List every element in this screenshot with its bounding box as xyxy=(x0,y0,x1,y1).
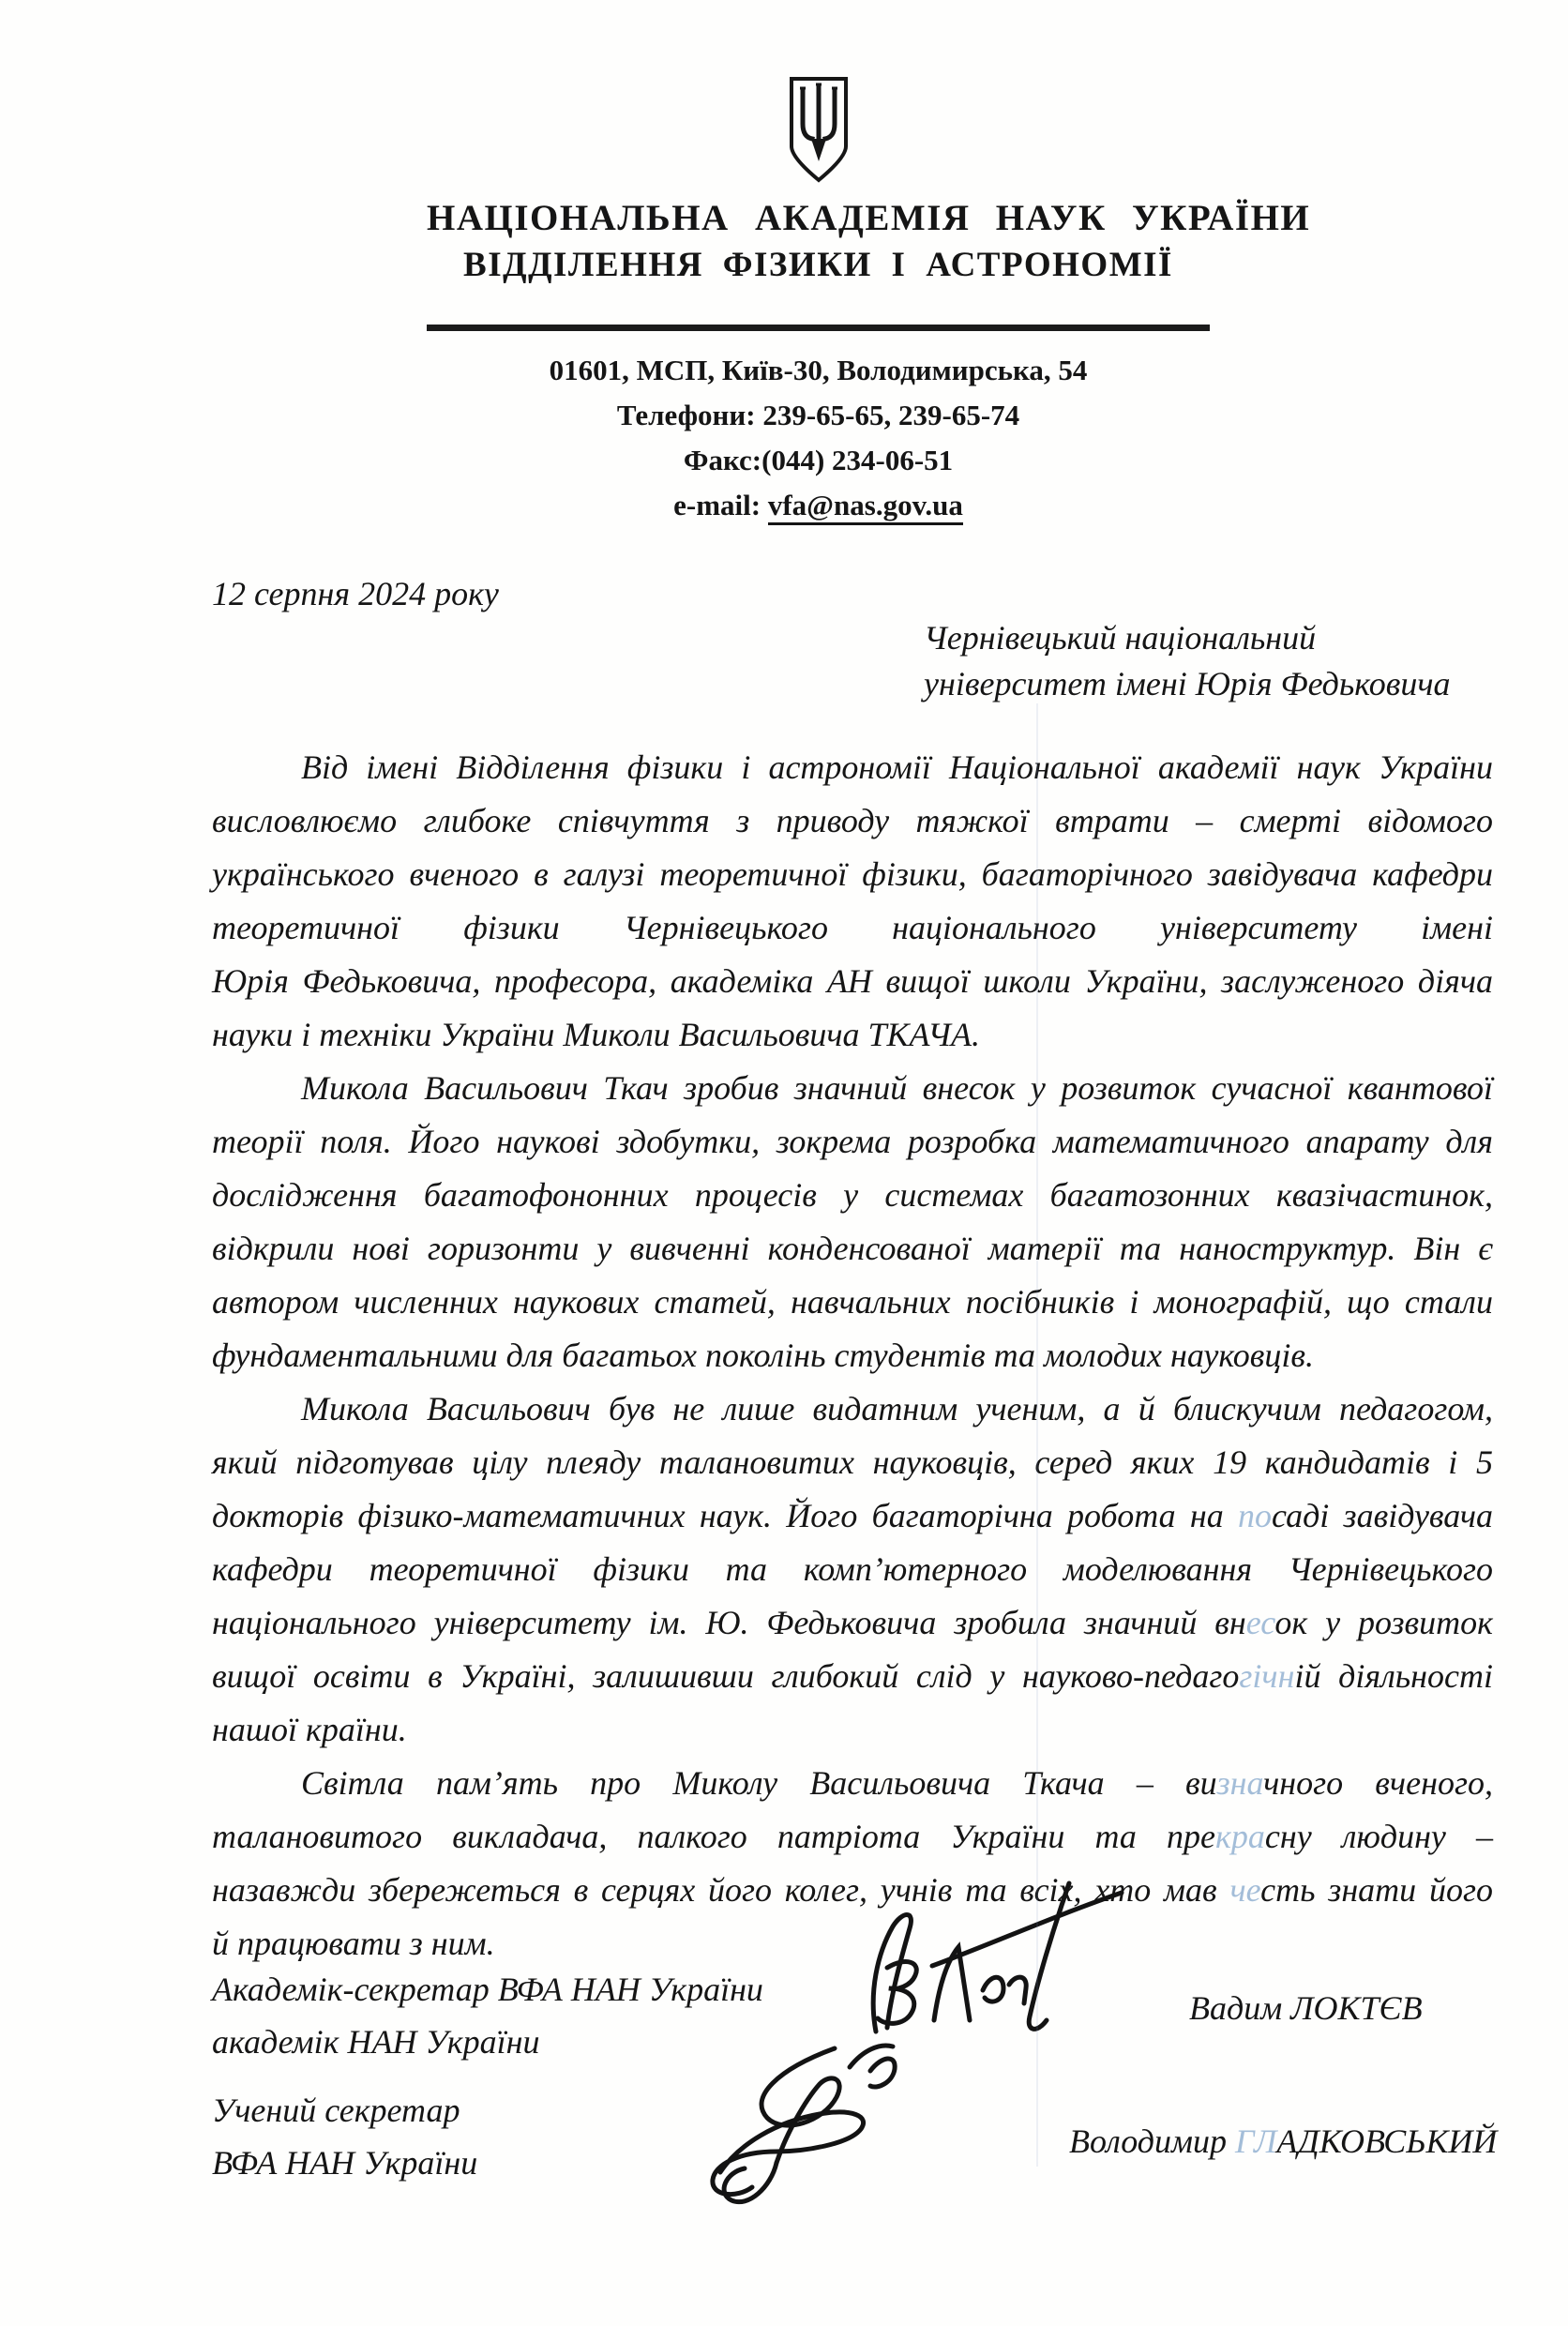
text-run: Микола Васильович Ткач зробив значний вн… xyxy=(301,1069,1493,1107)
text-run: Світла пам’ять про Миколу Васильовича Тк… xyxy=(301,1764,1217,1802)
body-line: відкрили нові горизонти у вивченні конде… xyxy=(212,1222,1493,1276)
scanner-streak-artifact xyxy=(1036,703,1038,2167)
body-line: науки і техніки України Миколи Васильови… xyxy=(212,1008,1493,1062)
postal-address: 01601, МСП, Київ-30, Володимирська, 54 xyxy=(427,348,1210,393)
body-line: дослідження багатофононних процесів у си… xyxy=(212,1169,1493,1222)
text-run: Микола Васильович був не лише видатним у… xyxy=(301,1390,1493,1427)
body-line: Від імені Відділення фізики і астрономії… xyxy=(212,741,1493,794)
text-run: чного вченого, xyxy=(1263,1764,1493,1802)
body-line: фундаментальними для багатьох поколінь с… xyxy=(212,1329,1493,1382)
contact-block: 01601, МСП, Київ-30, Володимирська, 54 Т… xyxy=(427,348,1210,528)
signatory-2-title-line-1: Учений секретар xyxy=(212,2084,477,2137)
body-line: який підготував цілу плеяду талановитих … xyxy=(212,1436,1493,1489)
fax-number: Факс:(044) 234-06-51 xyxy=(427,438,1210,483)
text-run: ок у розвиток xyxy=(1274,1604,1493,1641)
text-run: висловлюємо глибоке співчуття з приводу … xyxy=(212,802,1493,839)
paragraph: Микола Васильович був не лише видатним у… xyxy=(212,1382,1493,1757)
body-line: Микола Васильович Ткач зробив значний вн… xyxy=(212,1062,1493,1115)
signatory-2-title-line-2: ВФА НАН України xyxy=(212,2137,477,2189)
text-run: Володимир xyxy=(1069,2122,1235,2160)
ukraine-trident-emblem xyxy=(427,75,1210,186)
signatory-name-1: Вадим ЛОКТЄВ xyxy=(1189,1988,1423,2028)
text-run: автором численних наукових статей, навча… xyxy=(212,1283,1493,1321)
text-run: українського вченого в галузі теоретично… xyxy=(212,855,1493,893)
text-run: вищої освіти в Україні, залишивши глибок… xyxy=(212,1657,1239,1695)
text-run: докторів фізико-математичних наук. Його … xyxy=(212,1497,1238,1534)
letter-body: Від імені Відділення фізики і астрономії… xyxy=(212,741,1493,1971)
email-address: vfa@nas.gov.ua xyxy=(768,489,963,525)
email-line: e-mail: vfa@nas.gov.ua xyxy=(427,483,1210,528)
paragraph: Микола Васильович Ткач зробив значний вн… xyxy=(212,1062,1493,1382)
email-label: e-mail: xyxy=(673,489,768,521)
body-line: теорії поля. Його наукові здобутки, зокр… xyxy=(212,1115,1493,1169)
body-line: докторів фізико-математичних наук. Його … xyxy=(212,1489,1493,1543)
addressee-block: Чернівецький національний університет ім… xyxy=(924,615,1451,707)
paragraph: Від імені Відділення фізики і астрономії… xyxy=(212,741,1493,1062)
body-line: вищої освіти в Україні, залишивши глибок… xyxy=(212,1650,1493,1703)
text-run: Юрія Федьковича, професора, академіка АН… xyxy=(212,962,1493,1000)
header-divider xyxy=(427,325,1210,331)
text-run: національного університету ім. Ю. Федько… xyxy=(212,1604,1246,1641)
text-run: Вадим ЛОКТЄВ xyxy=(1189,1989,1423,2027)
text-run: АДКОВСЬКИЙ xyxy=(1276,2122,1497,2160)
body-line: талановитого викладача, палкого патріота… xyxy=(212,1810,1493,1864)
handwritten-signature-hladkovskyi xyxy=(634,2033,962,2221)
text-run: теорії поля. Його наукові здобутки, зокр… xyxy=(212,1123,1493,1160)
text-run: сну людину – xyxy=(1265,1818,1493,1855)
body-line: українського вченого в галузі теоретично… xyxy=(212,848,1493,901)
body-line: Юрія Федьковича, професора, академіка АН… xyxy=(212,955,1493,1008)
addressee-line-1: Чернівецький національний xyxy=(924,615,1451,661)
text-run: Від імені Відділення фізики і астрономії… xyxy=(301,748,1493,786)
text-run: саді завідувача xyxy=(1272,1497,1493,1534)
signatory-name-2: Володимир ГЛАДКОВСЬКИЙ xyxy=(1069,2122,1497,2161)
faded-ink-text: зна xyxy=(1217,1764,1263,1802)
body-line: автором численних наукових статей, навча… xyxy=(212,1276,1493,1329)
faded-ink-text: гічн xyxy=(1239,1657,1294,1695)
text-run: який підготував цілу плеяду талановитих … xyxy=(212,1443,1493,1481)
text-run: й працювати з ним. xyxy=(212,1925,495,1962)
faded-ink-text: че xyxy=(1229,1871,1260,1909)
letterhead: НАЦІОНАЛЬНА АКАДЕМІЯ НАУК УКРАЇНИ ВІДДІЛ… xyxy=(427,75,1210,528)
body-line: Світла пам’ять про Миколу Васильовича Тк… xyxy=(212,1757,1493,1810)
text-run: сть знати його xyxy=(1260,1871,1493,1909)
addressee-line-2: університет імені Юрія Федьковича xyxy=(924,661,1451,707)
text-run: фундаментальними для багатьох поколінь с… xyxy=(212,1337,1314,1374)
body-line: нашої країни. xyxy=(212,1703,1493,1757)
signatory-title-2: Учений секретар ВФА НАН України xyxy=(212,2084,477,2189)
text-run: дослідження багатофононних процесів у си… xyxy=(212,1176,1493,1214)
text-run: відкрили нові горизонти у вивченні конде… xyxy=(212,1230,1493,1267)
text-run: нашої країни. xyxy=(212,1711,407,1748)
faded-ink-text: ГЛ xyxy=(1235,2122,1276,2160)
faded-ink-text: кра xyxy=(1215,1818,1265,1855)
scanned-letter-page: НАЦІОНАЛЬНА АКАДЕМІЯ НАУК УКРАЇНИ ВІДДІЛ… xyxy=(0,0,1568,2326)
organization-name: НАЦІОНАЛЬНА АКАДЕМІЯ НАУК УКРАЇНИ xyxy=(427,197,1210,239)
body-line: висловлюємо глибоке співчуття з приводу … xyxy=(212,794,1493,848)
phone-numbers: Телефони: 239-65-65, 239-65-74 xyxy=(427,393,1210,438)
text-run: науки і техніки України Миколи Васильови… xyxy=(212,1016,980,1053)
faded-ink-text: по xyxy=(1238,1497,1272,1534)
body-line: Микола Васильович був не лише видатним у… xyxy=(212,1382,1493,1436)
text-run: кафедри теоретичної фізики та комп’ютерн… xyxy=(212,1550,1493,1588)
body-line: національного університету ім. Ю. Федько… xyxy=(212,1596,1493,1650)
department-name: ВІДДІЛЕННЯ ФІЗИКИ І АСТРОНОМІЇ xyxy=(427,245,1210,285)
letter-date: 12 серпня 2024 року xyxy=(212,574,499,613)
faded-ink-text: ес xyxy=(1246,1604,1275,1641)
text-run: ій діяльності xyxy=(1294,1657,1493,1695)
text-run: теоретичної фізики Чернівецького націона… xyxy=(212,909,1493,946)
text-run: талановитого викладача, палкого патріота… xyxy=(212,1818,1215,1855)
body-line: теоретичної фізики Чернівецького націона… xyxy=(212,901,1493,955)
signatory-1-title-line-1: Академік-секретар ВФА НАН України xyxy=(212,1963,763,2016)
body-line: кафедри теоретичної фізики та комп’ютерн… xyxy=(212,1543,1493,1596)
